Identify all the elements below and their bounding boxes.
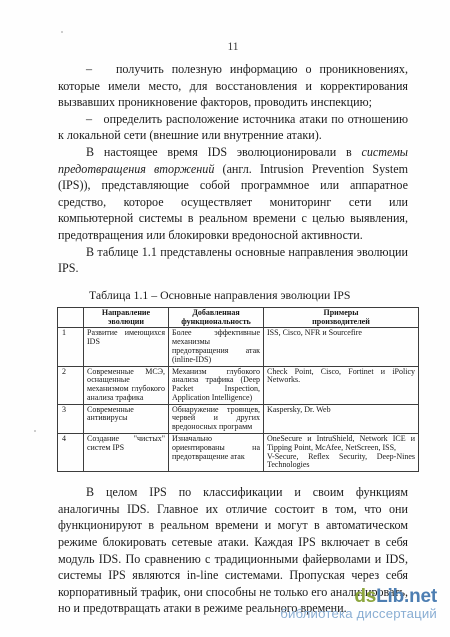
col-header-functionality: Добавленная функциональность	[169, 307, 264, 328]
scan-artifact	[34, 430, 36, 432]
logo-suffix: Lib.net	[376, 586, 437, 607]
cell-examples: Kaspersky, Dr. Web	[264, 404, 419, 433]
cell-number: 4	[58, 434, 84, 472]
cell-direction: Развитие имеющихся IDS	[84, 328, 169, 366]
page-number: 11	[58, 40, 408, 55]
cell-functionality: Механизм глубокого анализа трафика (Deep…	[169, 366, 264, 404]
logo-prefix: ds	[354, 586, 376, 607]
dslib-logo[interactable]: dsLib.net	[280, 588, 437, 606]
cell-number: 3	[58, 404, 84, 433]
ips-evolution-table: Направление эволюции Добавленная функцио…	[57, 307, 419, 473]
cell-direction: Создание "чистых" систем IPS	[84, 434, 169, 472]
document-page: 11 – получить полезную информацию о прон…	[0, 0, 450, 617]
cell-examples: Check Point, Cisco, Fortinet и iPolicy N…	[264, 366, 419, 404]
cell-direction: Современные МСЭ, оснащенные механизмом г…	[84, 366, 169, 404]
cell-functionality: Обнаружение троянцев, червей и других вр…	[169, 404, 264, 433]
paragraph-ips-definition: В настоящее время IDS эволюционировали в…	[58, 144, 408, 244]
table-header-row: Направление эволюции Добавленная функцио…	[58, 307, 419, 328]
paragraph-bullet-location: – определить расположение источника атак…	[58, 111, 408, 144]
cell-functionality: Изначально ориентированы на предотвращен…	[169, 434, 264, 472]
logo-tagline: библиотека диссертаций	[280, 606, 437, 622]
col-header-direction: Направление эволюции	[84, 307, 169, 328]
dslib-watermark[interactable]: dsLib.net библиотека диссертаций	[280, 588, 437, 622]
col-header-examples: Примеры производителей	[264, 307, 419, 328]
paragraph-table-intro: В таблице 1.1 представлены основные напр…	[58, 244, 408, 277]
cell-functionality: Более эффективные механизмы предотвращен…	[169, 328, 264, 366]
cell-number: 1	[58, 328, 84, 366]
cell-number: 2	[58, 366, 84, 404]
col-header-index	[58, 307, 84, 328]
cell-direction: Современные антивирусы	[84, 404, 169, 433]
table-row: 3Современные антивирусыОбнаружение троян…	[58, 404, 419, 433]
paragraph-bullet-info: – получить полезную информацию о проникн…	[58, 61, 408, 111]
cell-examples: ISS, Cisco, NFR и Sourcefire	[264, 328, 419, 366]
p3-text-before: В настоящее время IDS эволюционировали в	[86, 145, 362, 159]
table-row: 4Создание "чистых" систем IPSИзначально …	[58, 434, 419, 472]
table-caption: Таблица 1.1 – Основные направления эволю…	[58, 288, 408, 303]
cell-examples: OneSecure и IntruShield, Network ICE и T…	[264, 434, 419, 472]
scan-artifact	[61, 31, 63, 33]
table-row: 1Развитие имеющихся IDSБолее эффективные…	[58, 328, 419, 366]
table-row: 2Современные МСЭ, оснащенные механизмом …	[58, 366, 419, 404]
